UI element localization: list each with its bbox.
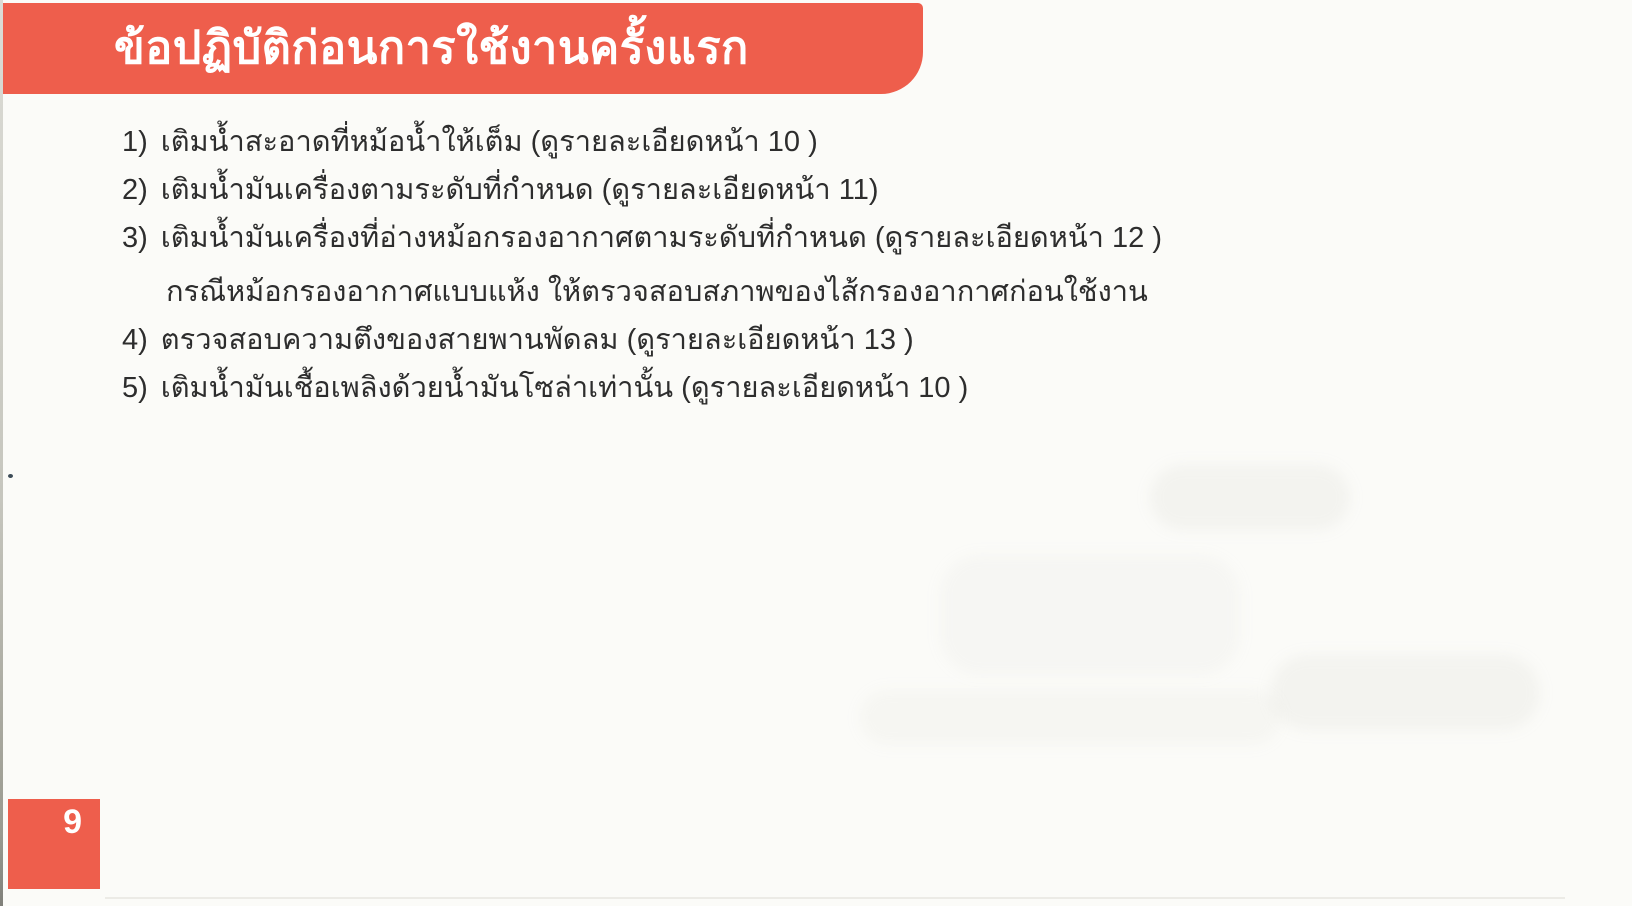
page-bleedthrough-artifact xyxy=(1270,655,1540,730)
list-item-text: เติมน้ำมันเครื่องที่อ่างหม้อกรองอากาศตาม… xyxy=(161,214,1162,262)
list-item-number: 4) xyxy=(122,316,161,364)
list-item-continuation: กรณีหม้อกรองอากาศแบบแห้ง ให้ตรวจสอบสภาพข… xyxy=(122,268,1222,316)
page-bleedthrough-artifact xyxy=(940,555,1240,675)
instruction-list: 1) เติมน้ำสะอาดที่หม้อน้ำให้เต็ม (ดูรายล… xyxy=(122,118,1222,412)
ink-speck-artifact xyxy=(8,474,13,478)
list-item-number: 5) xyxy=(122,364,161,412)
list-item: 3) เติมน้ำมันเครื่องที่อ่างหม้อกรองอากาศ… xyxy=(122,214,1222,262)
page-bleedthrough-artifact xyxy=(860,690,1280,745)
page-number-badge: 9 xyxy=(8,799,100,889)
list-item-number: 1) xyxy=(122,118,161,166)
list-item-number: 3) xyxy=(122,214,161,262)
section-title: ข้อปฏิบัติก่อนการใช้งานครั้งแรก xyxy=(2,11,749,87)
scan-edge-artifact xyxy=(0,0,3,906)
list-item-text: เติมน้ำสะอาดที่หม้อน้ำให้เต็ม (ดูรายละเอ… xyxy=(161,118,818,166)
page-bleedthrough-artifact xyxy=(1150,465,1350,530)
list-item: 1) เติมน้ำสะอาดที่หม้อน้ำให้เต็ม (ดูรายล… xyxy=(122,118,1222,166)
scanned-manual-page: ข้อปฏิบัติก่อนการใช้งานครั้งแรก 1) เติมน… xyxy=(0,0,1632,906)
list-item-number: 2) xyxy=(122,166,161,214)
scan-line-artifact xyxy=(105,897,1565,899)
list-item-text: เติมน้ำมันเครื่องตามระดับที่กำหนด (ดูราย… xyxy=(161,166,879,214)
list-item: 4) ตรวจสอบความตึงของสายพานพัดลม (ดูรายละ… xyxy=(122,316,1222,364)
page-number: 9 xyxy=(63,803,82,842)
list-item-text: เติมน้ำมันเชื้อเพลิงด้วยน้ำมันโซล่าเท่าน… xyxy=(161,364,968,412)
section-header-banner: ข้อปฏิบัติก่อนการใช้งานครั้งแรก xyxy=(2,3,923,94)
list-item: 5) เติมน้ำมันเชื้อเพลิงด้วยน้ำมันโซล่าเท… xyxy=(122,364,1222,412)
list-item-text: ตรวจสอบความตึงของสายพานพัดลม (ดูรายละเอี… xyxy=(161,316,914,364)
list-item: 2) เติมน้ำมันเครื่องตามระดับที่กำหนด (ดู… xyxy=(122,166,1222,214)
